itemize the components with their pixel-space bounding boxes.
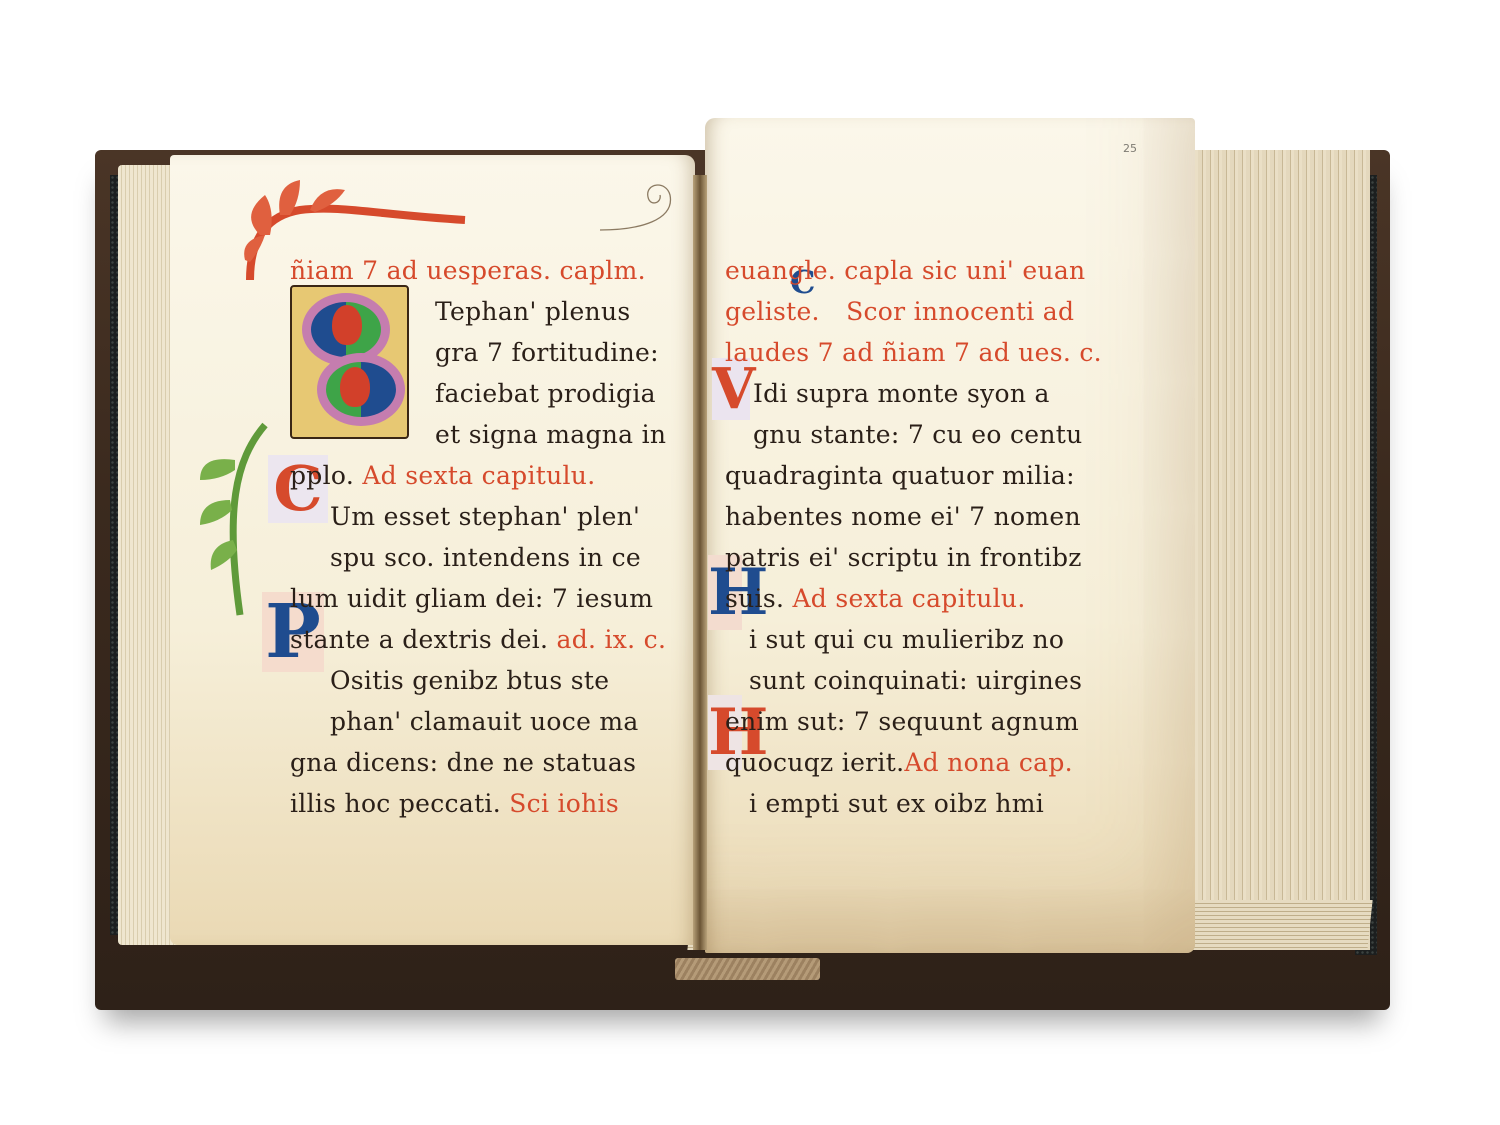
text-line: Idi supra monte syon a (725, 373, 1102, 414)
text-line: gna dicens: dne ne statuas (290, 742, 666, 783)
rubric: Sci iohis (509, 789, 619, 818)
rubric: Ad sexta capitulu. (362, 461, 595, 490)
text-line: patris ei' scriptu in frontibz (725, 537, 1102, 578)
text-line: Tephan' plenus (290, 291, 666, 332)
rubric: ad. ix. c. (556, 625, 666, 654)
text-line: pplo. Ad sexta capitulu. (290, 455, 666, 496)
rubric: Ad nona cap. (904, 748, 1073, 777)
green-acanthus-vine-icon (195, 420, 275, 620)
text-line: quadraginta quatuor milia: (725, 455, 1102, 496)
text-line: sunt coinquinati: uirgines (725, 660, 1102, 701)
text-line: i empti sut ex oibz hmi (725, 783, 1102, 824)
left-page-text: ñiam 7 ad uesperas. caplm. Tephan' plenu… (290, 250, 666, 824)
text-line: suis. Ad sexta capitulu. (725, 578, 1102, 619)
text-line: et signa magna in (290, 414, 666, 455)
text-line: habentes nome ei' 7 nomen (725, 496, 1102, 537)
page-edges-right (1190, 150, 1370, 950)
right-page-text: euangle. capla sic uni' euan geliste. Sc… (725, 250, 1102, 824)
pen-flourish-icon (600, 175, 680, 235)
text-line: spu sco. intendens in ce (290, 537, 666, 578)
text-line: phan' clamauit uoce ma (290, 701, 666, 742)
text-line: ñiam 7 ad uesperas. caplm. (290, 250, 666, 291)
text-line: geliste. Scor innocenti ad (725, 291, 1102, 332)
text-line: quocuqz ierit.Ad nona cap. (725, 742, 1102, 783)
text-line: enim sut: 7 sequunt agnum (725, 701, 1102, 742)
text-line: gra 7 fortitudine: (290, 332, 666, 373)
text-line: illis hoc peccati. Sci iohis (290, 783, 666, 824)
folio-number: 25 (1123, 142, 1137, 155)
text-line: i sut qui cu mulieribz no (725, 619, 1102, 660)
rubric: Scor innocenti ad (828, 297, 1074, 326)
text-line: euangle. capla sic uni' euan (725, 250, 1102, 291)
text-line: Ositis genibz btus ste (290, 660, 666, 701)
text-line: gnu stante: 7 cu eo centu (725, 414, 1102, 455)
text-line: stante a dextris dei. ad. ix. c. (290, 619, 666, 660)
text-line: laudes 7 ad ñiam 7 ad ues. c. (725, 332, 1102, 373)
spine-strap (675, 958, 820, 980)
text-line: faciebat prodigia (290, 373, 666, 414)
rubric: Ad sexta capitulu. (792, 584, 1025, 613)
text-line: Um esset stephan' plen' (290, 496, 666, 537)
gutter (693, 175, 707, 950)
manuscript-photo: 25 C P V H H C ñiam 7 ad uesperas. caplm… (0, 0, 1500, 1125)
text-line: lum uidit gliam dei: 7 iesum (290, 578, 666, 619)
